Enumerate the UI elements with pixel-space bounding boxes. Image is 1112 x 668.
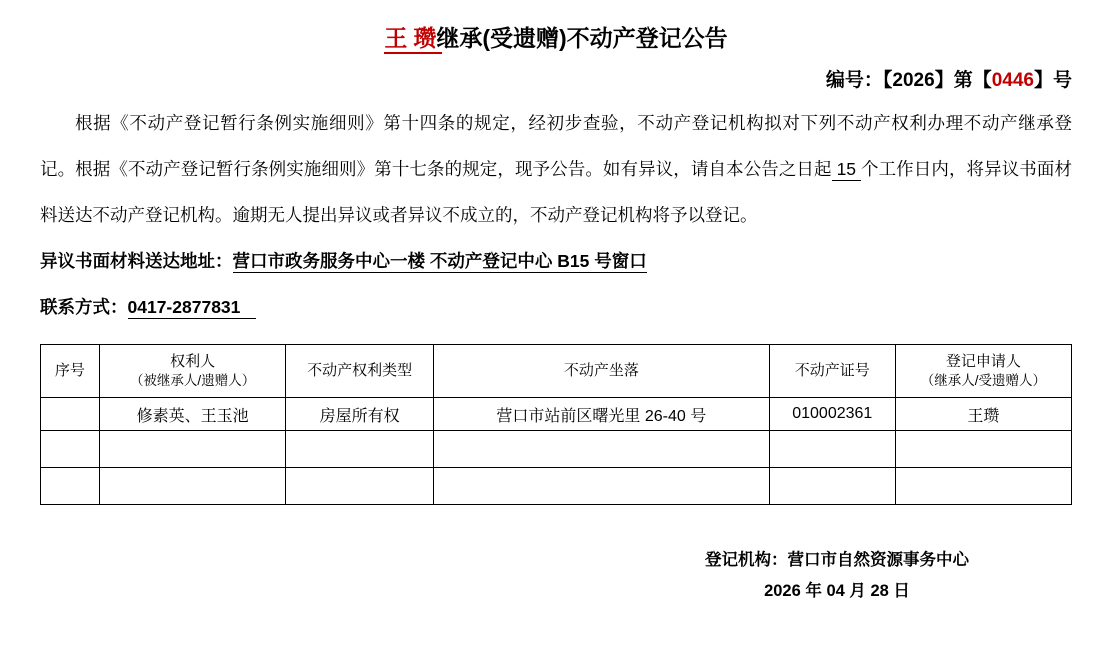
cell-property-location xyxy=(433,431,769,468)
cell-rights-holder: 修素英、王玉池 xyxy=(99,398,286,431)
doc-number-value: 0446 xyxy=(992,70,1034,91)
cell-serial-number xyxy=(41,431,100,468)
table-header-row: 序号 权利人（被继承人/遗赠人） 不动产权利类型 不动产坐落 不动产证号 登记申… xyxy=(41,345,1072,398)
contact-label: 联系方式： xyxy=(40,297,128,317)
cell-serial-number xyxy=(41,468,100,505)
cell-rights-holder xyxy=(99,468,286,505)
cell-registration-applicant: 王瓒 xyxy=(895,398,1071,431)
doc-number-suffix: 】号 xyxy=(1034,70,1072,91)
header-certificate-number: 不动产证号 xyxy=(769,345,895,398)
cell-registration-applicant xyxy=(895,468,1071,505)
cell-certificate-number xyxy=(769,468,895,505)
header-rights-holder: 权利人（被继承人/遗赠人） xyxy=(99,345,286,398)
contact-phone-value: 0417-2877831 xyxy=(128,297,257,319)
cell-certificate-number: 010002361 xyxy=(769,398,895,431)
applicant-name: 王瓒 xyxy=(384,25,442,54)
header-registration-applicant: 登记申请人（继承人/受遗赠人） xyxy=(895,345,1071,398)
announcement-date: 2026 年 04 月 28 日 xyxy=(637,576,1037,607)
cell-property-location xyxy=(433,468,769,505)
table-row: 修素英、王玉池 房屋所有权 营口市站前区曙光里 26-40 号 01000236… xyxy=(41,398,1072,431)
table-row xyxy=(41,431,1072,468)
working-days-value: 15 xyxy=(832,159,861,181)
header-serial-number: 序号 xyxy=(41,345,100,398)
announcement-document: 王瓒继承(受遗赠)不动产登记公告 编号：【2026】第【0446】号 根据《不动… xyxy=(0,0,1112,668)
objection-address-label: 异议书面材料送达地址： xyxy=(40,251,233,271)
objection-address-line: 异议书面材料送达地址：营口市政务服务中心一楼 不动产登记中心 B15 号窗口 xyxy=(40,238,1072,284)
cell-right-type xyxy=(286,431,433,468)
header-property-location: 不动产坐落 xyxy=(433,345,769,398)
doc-number-line: 编号：【2026】第【0446】号 xyxy=(40,68,1072,94)
title-text: 继承(受遗赠)不动产登记公告 xyxy=(436,25,727,51)
footer-block: 登记机构：营口市自然资源事务中心 2026 年 04 月 28 日 xyxy=(637,545,1037,607)
cell-right-type xyxy=(286,468,433,505)
body-paragraph: 根据《不动产登记暂行条例实施细则》第十四条的规定，经初步查验，不动产登记机构拟对… xyxy=(40,100,1072,238)
cell-serial-number xyxy=(41,398,100,431)
cell-property-location: 营口市站前区曙光里 26-40 号 xyxy=(433,398,769,431)
cell-certificate-number xyxy=(769,431,895,468)
objection-address-value: 营口市政务服务中心一楼 不动产登记中心 B15 号窗口 xyxy=(233,251,647,273)
cell-registration-applicant xyxy=(895,431,1071,468)
cell-right-type: 房屋所有权 xyxy=(286,398,433,431)
cell-rights-holder xyxy=(99,431,286,468)
registration-agency: 登记机构：营口市自然资源事务中心 xyxy=(637,545,1037,576)
table-row xyxy=(41,468,1072,505)
contact-line: 联系方式：0417-2877831 xyxy=(40,284,1072,330)
page-title: 王瓒继承(受遗赠)不动产登记公告 xyxy=(40,20,1072,56)
property-table: 序号 权利人（被继承人/遗赠人） 不动产权利类型 不动产坐落 不动产证号 登记申… xyxy=(40,344,1072,505)
doc-number-prefix: 编号：【2026】第【 xyxy=(826,70,992,91)
header-right-type: 不动产权利类型 xyxy=(286,345,433,398)
